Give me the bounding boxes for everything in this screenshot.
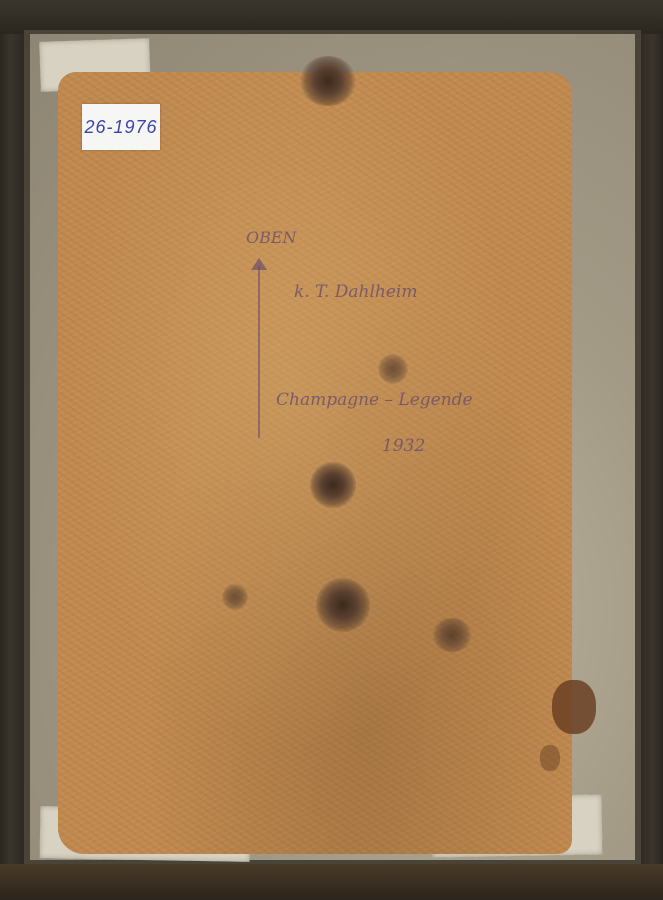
frame-top-rail bbox=[0, 0, 663, 34]
frame-bottom-rail bbox=[0, 864, 663, 900]
nail-hole-middle bbox=[310, 462, 356, 508]
inventory-label: 26-1976 bbox=[82, 104, 160, 150]
orientation-arrow-line bbox=[258, 266, 260, 438]
artist-inscription: k. T. Dahlheim bbox=[294, 282, 417, 302]
rust-stain-small bbox=[540, 745, 560, 771]
small-mark bbox=[222, 584, 248, 610]
nail-hole-lower bbox=[316, 578, 370, 632]
fibreboard-backing bbox=[58, 72, 572, 854]
board-gouge bbox=[378, 354, 408, 384]
orientation-inscription: OBEN bbox=[246, 228, 297, 247]
rust-stain bbox=[552, 680, 596, 734]
damage-spot bbox=[432, 618, 472, 652]
title-inscription: Champagne – Legende bbox=[276, 390, 473, 410]
year-inscription: 1932 bbox=[382, 436, 425, 456]
nail-hole-top bbox=[300, 56, 356, 106]
